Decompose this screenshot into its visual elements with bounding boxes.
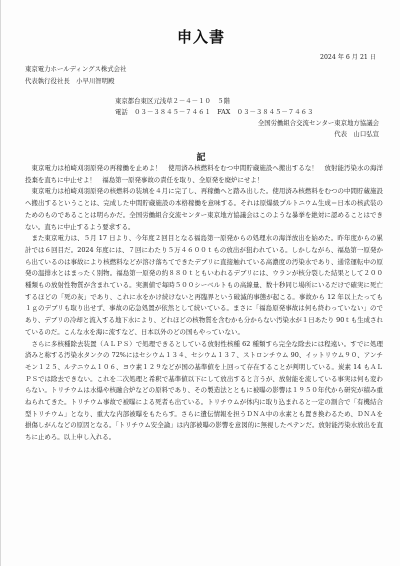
paragraph-fukushima-discharge: また東京電力は、５月 17 日より、今年度２回目となる福島第一原発からの処理水の… <box>25 233 383 338</box>
paragraph-alps-tritium: さらに多核種除去装置（ＡＬＰＳ）で処理できるとしている放射性核種 62 種類すら… <box>25 339 383 444</box>
paragraph-kashiwazaki: 東京電力は柏崎刈羽原発の核燃料の装填を４月に完了し、再稼働へと踏み出した。使用済… <box>25 186 383 233</box>
recipient-company: 東京電力ホールディングス株式会社 <box>25 63 126 75</box>
recipient-person: 代表執行役社長 小早川智明殿 <box>25 75 126 87</box>
recipient-block: 東京電力ホールディングス株式会社 代表執行役社長 小早川智明殿 <box>25 63 126 87</box>
document-date: 2024 年 6 月 21 日 <box>320 52 376 61</box>
ki-heading: 記 <box>1 150 400 163</box>
sender-address: 東京都台東区元浅草２－４－１０ ５階 <box>115 96 379 107</box>
sender-organization: 全国労働組合交流センター東京地方協議会 <box>115 118 379 129</box>
document-page: 申入書 2024 年 6 月 21 日 東京電力ホールディングス株式会社 代表執… <box>0 0 400 566</box>
sender-block: 東京都台東区元浅草２－４－１０ ５階 電話 ０３－３８４５－７４６１ FAX ０… <box>115 96 379 140</box>
sender-phone-fax: 電話 ０３－３８４５－７４６１ FAX ０３－３８４５－７４６３ <box>115 107 379 118</box>
paragraph-demands: 東京電力は柏崎刈羽原発の再稼働を止めよ！ 使用済み核燃料をむつ中間貯蔵施設へ搬出… <box>25 163 383 186</box>
body-text: 東京電力は柏崎刈羽原発の再稼働を止めよ！ 使用済み核燃料をむつ中間貯蔵施設へ搬出… <box>25 163 383 444</box>
sender-representative: 代表 山口弘宣 <box>115 129 379 140</box>
document-title: 申入書 <box>1 26 400 47</box>
